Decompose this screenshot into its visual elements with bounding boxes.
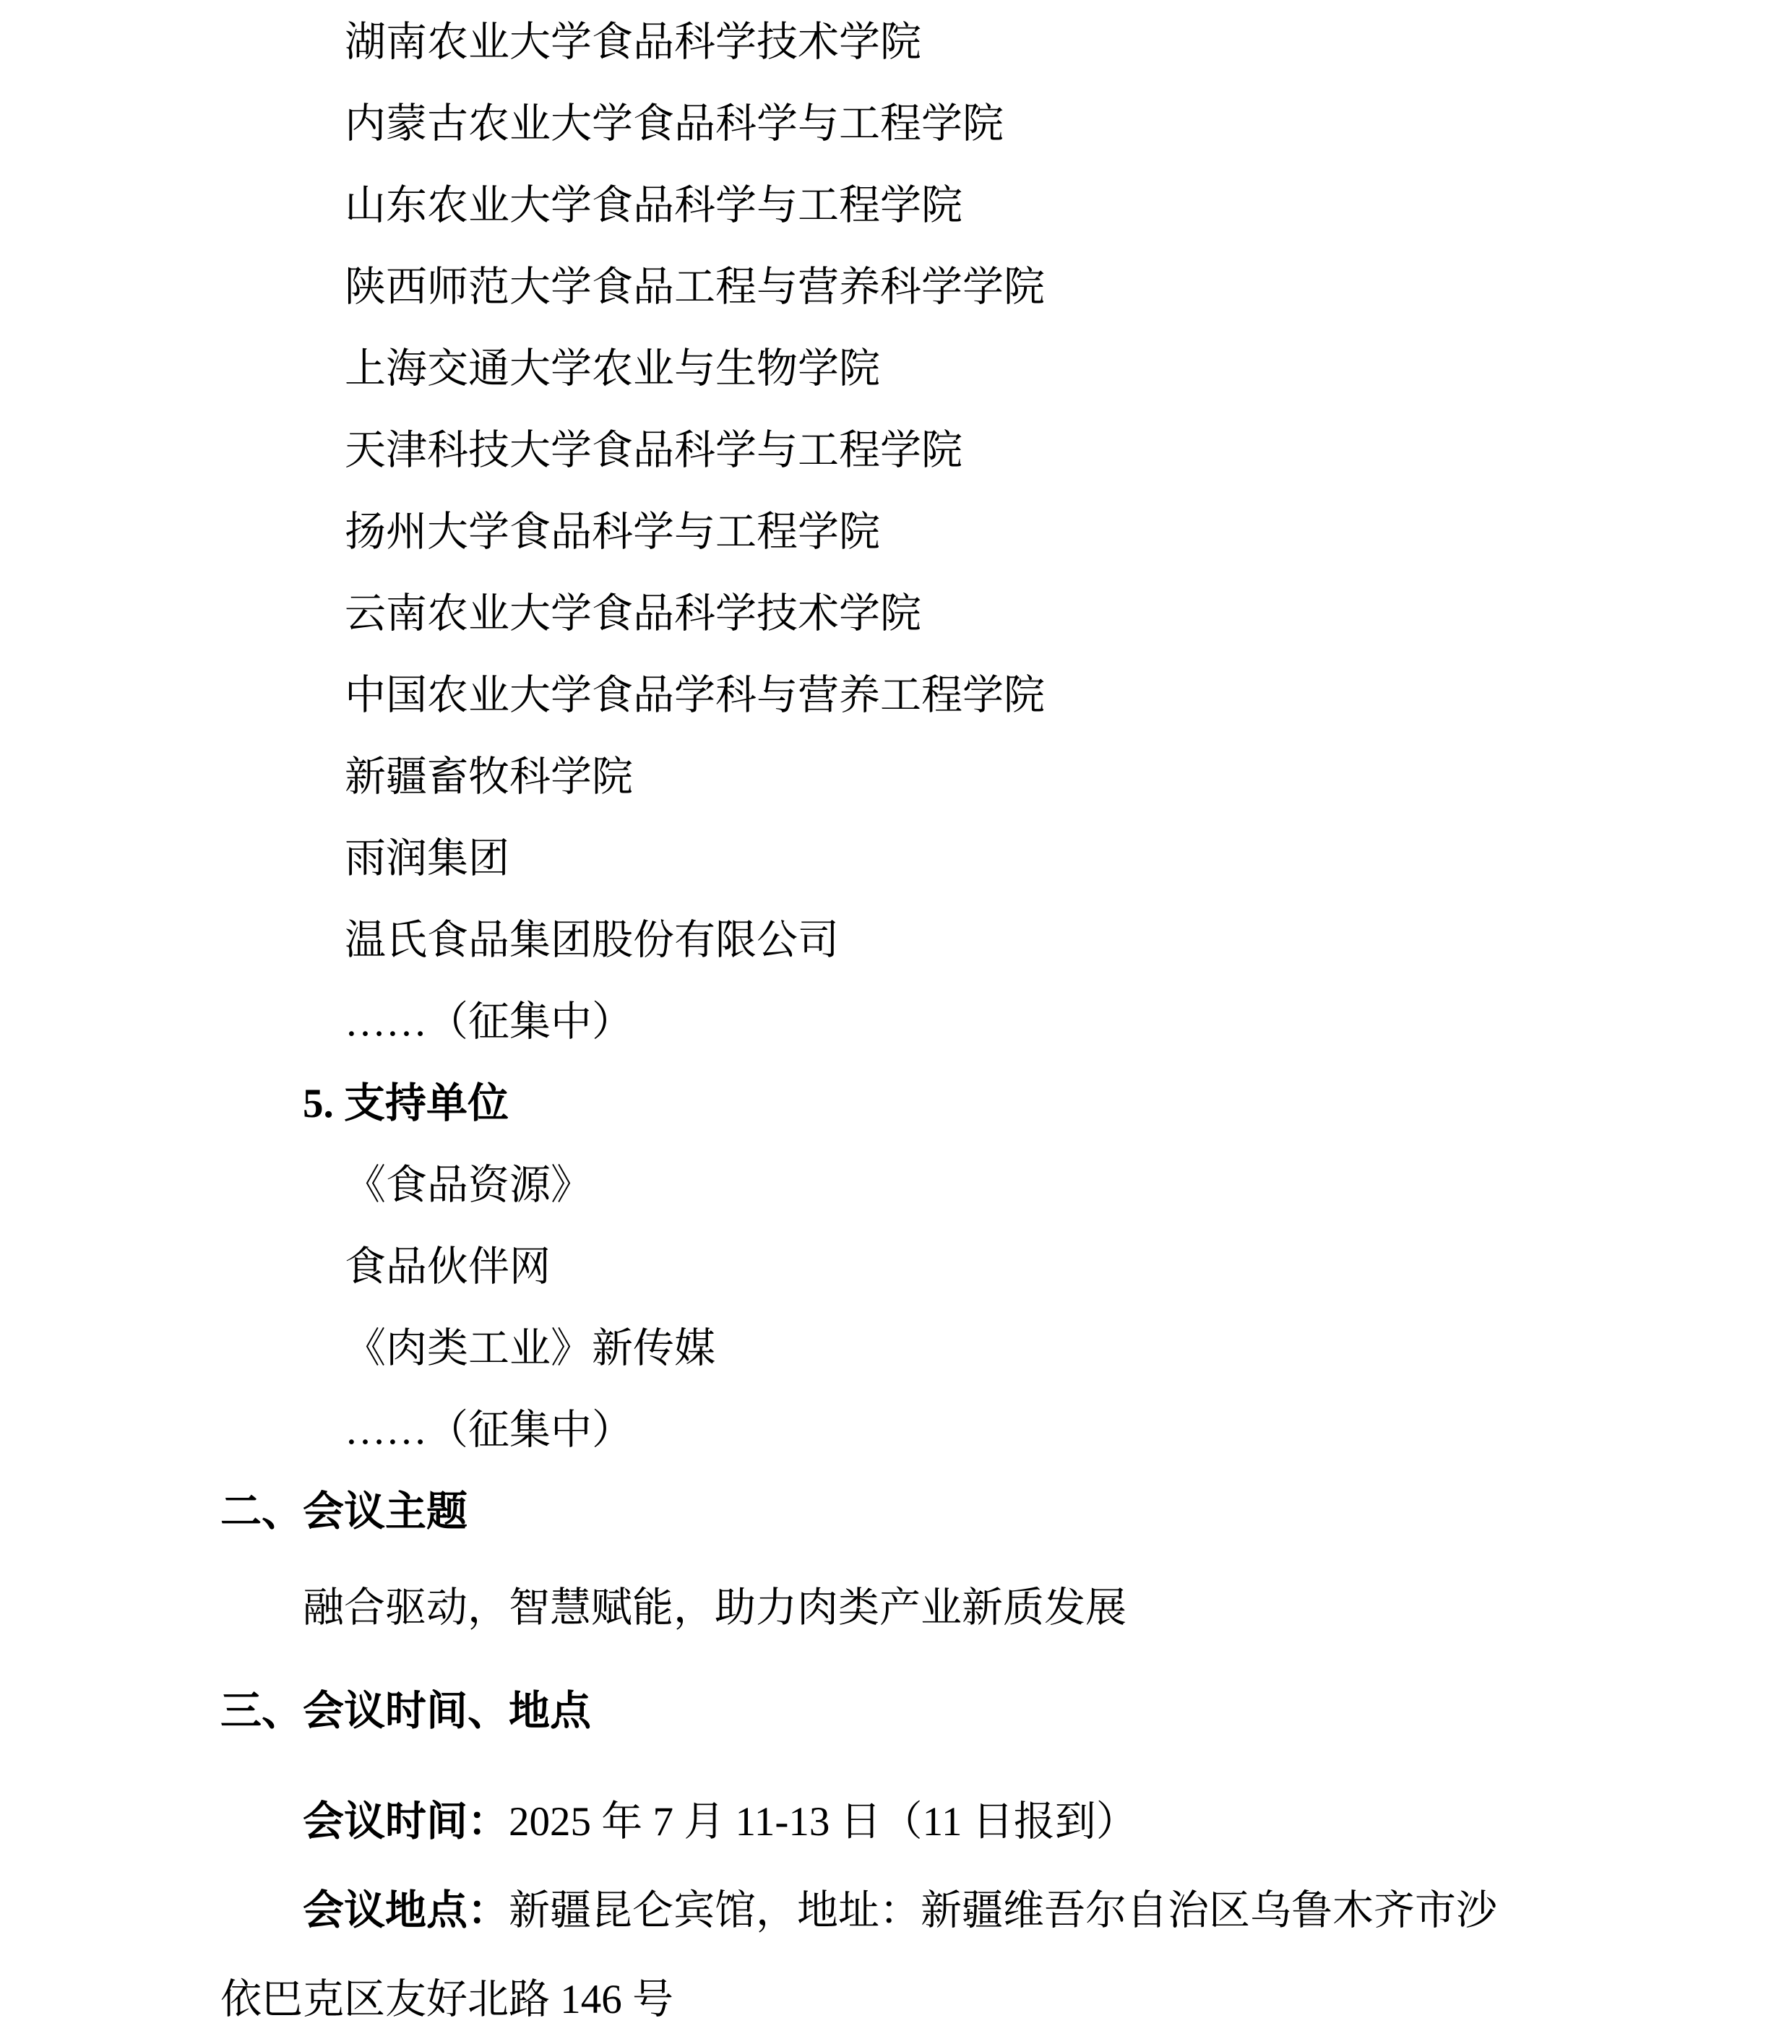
organizer-item: 中国农业大学食品学科与营养工程学院 — [220, 655, 1579, 736]
meeting-place-line-continued: 依巴克区友好北路 146 号 — [220, 1959, 1579, 2040]
organizer-item: 陕西师范大学食品工程与营养科学学院 — [220, 246, 1579, 328]
support-list-ellipsis: ……（征集中） — [220, 1389, 1579, 1471]
organizer-list-ellipsis: ……（征集中） — [220, 981, 1579, 1063]
theme-text: 融合驱动，智慧赋能，助力肉类产业新质发展 — [220, 1567, 1579, 1649]
meeting-place-label: 会议地点： — [303, 1888, 509, 1933]
support-units-heading: 5. 支持单位 — [220, 1063, 1579, 1144]
meeting-time-label: 会议时间： — [303, 1799, 509, 1845]
organizer-item: 内蒙古农业大学食品科学与工程学院 — [220, 83, 1579, 165]
meeting-place-value: 新疆昆仑宾馆，地址：新疆维吾尔自治区乌鲁木齐市沙 — [509, 1888, 1497, 1933]
organizer-item: 扬州大学食品科学与工程学院 — [220, 491, 1579, 573]
document-page: 湖南农业大学食品科学技术学院 内蒙古农业大学食品科学与工程学院 山东农业大学食品… — [0, 0, 1792, 2044]
support-item: 《食品资源》 — [220, 1144, 1579, 1226]
organizer-item: 上海交通大学农业与生物学院 — [220, 328, 1579, 410]
organizer-item: 新疆畜牧科学院 — [220, 736, 1579, 818]
organizer-item: 温氏食品集团股份有限公司 — [220, 900, 1579, 981]
meeting-place-line: 会议地点：新疆昆仑宾馆，地址：新疆维吾尔自治区乌鲁木齐市沙 — [220, 1870, 1579, 1952]
organizer-item: 湖南农业大学食品科学技术学院 — [220, 1, 1579, 83]
organizer-item: 雨润集团 — [220, 818, 1579, 900]
organizer-item: 天津科技大学食品科学与工程学院 — [220, 410, 1579, 491]
time-place-section-heading: 三、会议时间、地点 — [220, 1670, 1579, 1752]
meeting-time-value: 2025 年 7 月 11-13 日（11 日报到） — [509, 1799, 1137, 1845]
meeting-time-line: 会议时间：2025 年 7 月 11-13 日（11 日报到） — [220, 1781, 1579, 1863]
organizer-item: 云南农业大学食品科学技术学院 — [220, 573, 1579, 655]
support-item: 食品伙伴网 — [220, 1226, 1579, 1308]
support-item: 《肉类工业》新传媒 — [220, 1308, 1579, 1389]
theme-section-heading: 二、会议主题 — [220, 1471, 1579, 1553]
organizer-item: 山东农业大学食品科学与工程学院 — [220, 165, 1579, 246]
